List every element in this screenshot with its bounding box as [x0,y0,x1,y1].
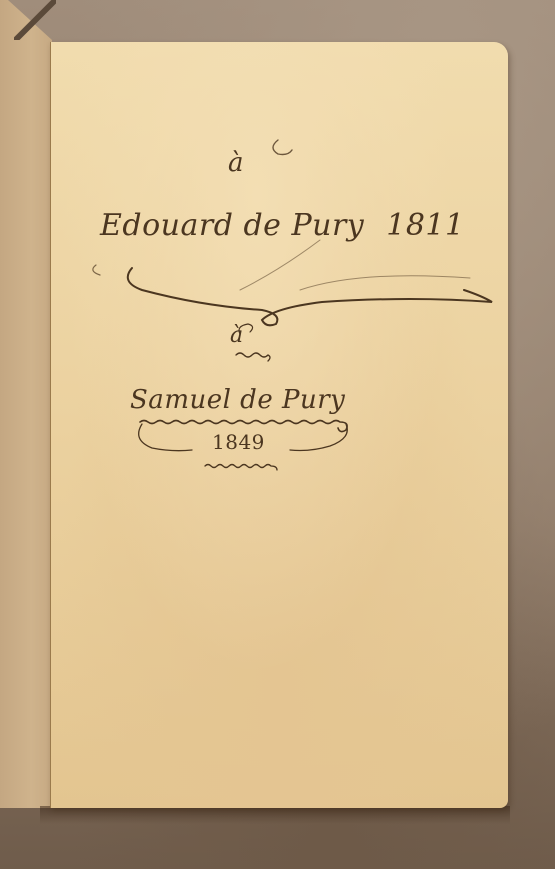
book-cover-board [0,0,52,808]
page-shadow [40,806,510,824]
recipient-name-1: Edouard de Pury [100,208,364,243]
cover-corner-edge [14,0,56,40]
recipient-name-2: Samuel de Pury [130,385,345,415]
dedication-prefix-2: à [230,323,244,348]
dedication-prefix-1: à [228,148,244,178]
recipient-year-2: 1849 [212,430,265,454]
recipient-year-1: 1811 [386,208,464,243]
flyleaf-page [50,42,508,808]
dedication-line-1: Edouard de Pury1811 [100,208,465,243]
